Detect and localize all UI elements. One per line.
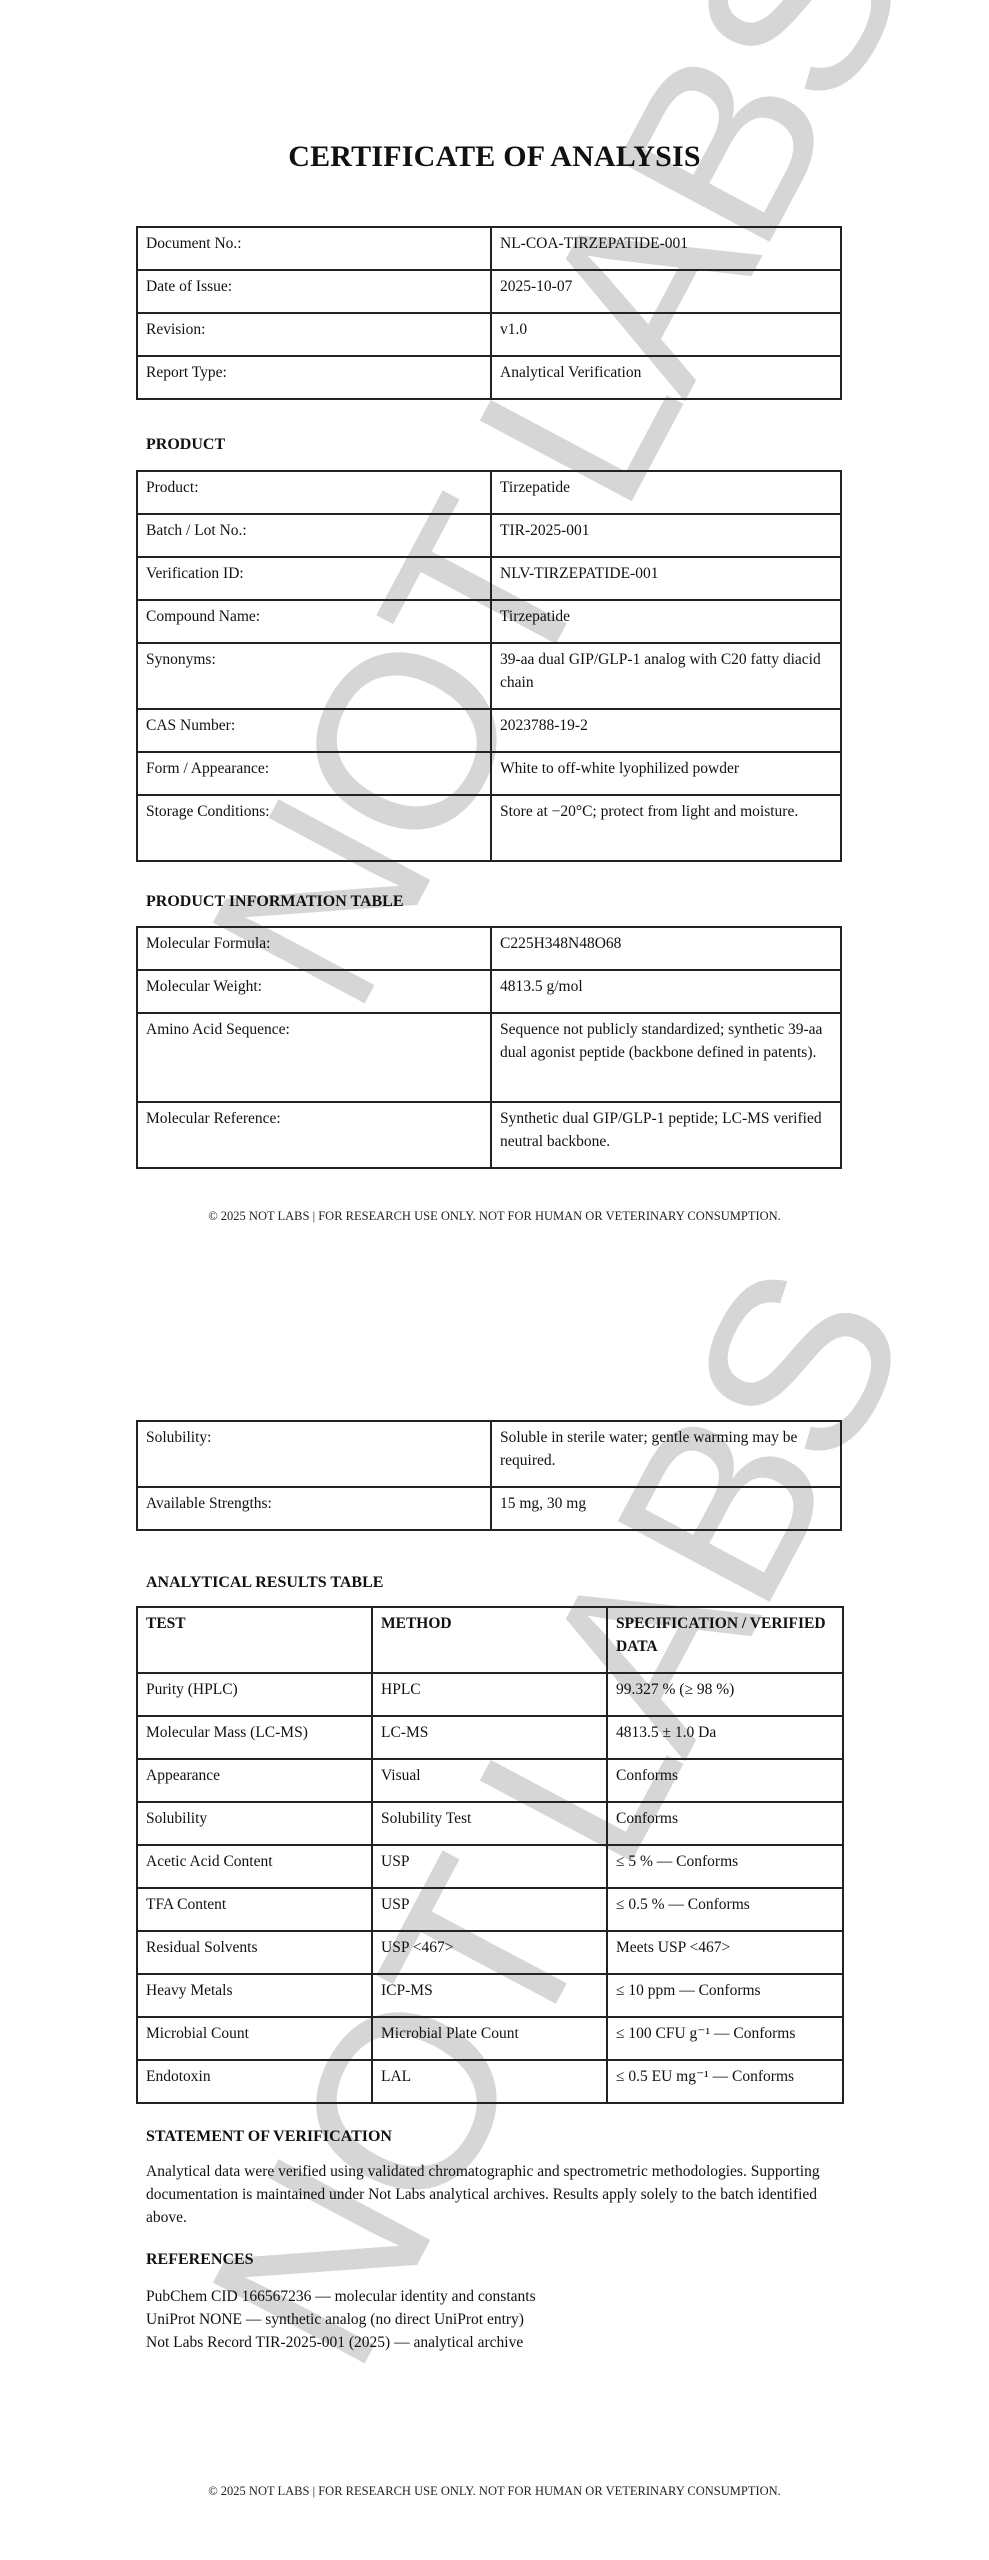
label: Report Type:: [137, 356, 491, 399]
table-row: CAS Number:2023788-19-2: [137, 709, 841, 752]
label: Solubility:: [137, 1421, 491, 1487]
table-row: Form / Appearance:White to off-white lyo…: [137, 752, 841, 795]
table-row: Batch / Lot No.:TIR-2025-001: [137, 514, 841, 557]
specification: 4813.5 ± 1.0 Da: [607, 1716, 843, 1759]
footer-page-2: © 2025 NOT LABS | FOR RESEARCH USE ONLY.…: [0, 2484, 989, 2499]
table-row: Revision:v1.0: [137, 313, 841, 356]
footer-page-1: © 2025 NOT LABS | FOR RESEARCH USE ONLY.…: [0, 1209, 989, 1224]
table-row: Molecular Weight:4813.5 g/mol: [137, 970, 841, 1013]
statement-heading: STATEMENT OF VERIFICATION: [146, 2128, 392, 2146]
label: Verification ID:: [137, 557, 491, 600]
column-header-method: METHOD: [372, 1607, 607, 1673]
table-row: Report Type:Analytical Verification: [137, 356, 841, 399]
specification: Meets USP <467>: [607, 1931, 843, 1974]
method: USP: [372, 1888, 607, 1931]
table-row: Date of Issue:2025-10-07: [137, 270, 841, 313]
table-row: Molecular Mass (LC-MS)LC-MS4813.5 ± 1.0 …: [137, 1716, 843, 1759]
specification: ≤ 10 ppm — Conforms: [607, 1974, 843, 2017]
value: White to off-white lyophilized powder: [491, 752, 841, 795]
table-row: Purity (HPLC)HPLC99.327 % (≥ 98 %): [137, 1673, 843, 1716]
table-row: AppearanceVisualConforms: [137, 1759, 843, 1802]
reference-item: UniProt NONE — synthetic analog (no dire…: [146, 2308, 846, 2331]
table-row: Microbial CountMicrobial Plate Count≤ 10…: [137, 2017, 843, 2060]
table-row: Synonyms:39-aa dual GIP/GLP-1 analog wit…: [137, 643, 841, 709]
label: Batch / Lot No.:: [137, 514, 491, 557]
product-info-heading: PRODUCT INFORMATION TABLE: [146, 893, 404, 911]
references-heading: REFERENCES: [146, 2251, 254, 2269]
document-number: NL-COA-TIRZEPATIDE-001: [491, 227, 841, 270]
product-table: Product:Tirzepatide Batch / Lot No.:TIR-…: [136, 470, 842, 862]
value: Soluble in sterile water; gentle warming…: [491, 1421, 841, 1487]
method: LAL: [372, 2060, 607, 2103]
table-row: SolubilitySolubility TestConforms: [137, 1802, 843, 1845]
table-row: Storage Conditions:Store at −20°C; prote…: [137, 795, 841, 861]
specification: Conforms: [607, 1759, 843, 1802]
document-title: CERTIFICATE OF ANALYSIS: [0, 140, 989, 174]
value: 39-aa dual GIP/GLP-1 analog with C20 fat…: [491, 643, 841, 709]
test-name: Appearance: [137, 1759, 372, 1802]
specification: ≤ 0.5 % — Conforms: [607, 1888, 843, 1931]
label: Synonyms:: [137, 643, 491, 709]
test-name: TFA Content: [137, 1888, 372, 1931]
label: Revision:: [137, 313, 491, 356]
label: Available Strengths:: [137, 1487, 491, 1530]
table-row: Available Strengths:15 mg, 30 mg: [137, 1487, 841, 1530]
value: 15 mg, 30 mg: [491, 1487, 841, 1530]
table-row: Compound Name:Tirzepatide: [137, 600, 841, 643]
label: Molecular Weight:: [137, 970, 491, 1013]
method: Microbial Plate Count: [372, 2017, 607, 2060]
label: Document No.:: [137, 227, 491, 270]
revision: v1.0: [491, 313, 841, 356]
label: Storage Conditions:: [137, 795, 491, 861]
label: Molecular Formula:: [137, 927, 491, 970]
column-header-specification: SPECIFICATION / VERIFIED DATA: [607, 1607, 843, 1673]
method: ICP-MS: [372, 1974, 607, 2017]
product-info-table-continued: Solubility:Soluble in sterile water; gen…: [136, 1420, 842, 1531]
table-row: Acetic Acid ContentUSP≤ 5 % — Conforms: [137, 1845, 843, 1888]
column-header-test: TEST: [137, 1607, 372, 1673]
value: Store at −20°C; protect from light and m…: [491, 795, 841, 861]
value: Sequence not publicly standardized; synt…: [491, 1013, 841, 1102]
test-name: Microbial Count: [137, 2017, 372, 2060]
label: Compound Name:: [137, 600, 491, 643]
test-name: Purity (HPLC): [137, 1673, 372, 1716]
product-heading: PRODUCT: [146, 436, 225, 454]
value: 4813.5 g/mol: [491, 970, 841, 1013]
method: Solubility Test: [372, 1802, 607, 1845]
table-header-row: TEST METHOD SPECIFICATION / VERIFIED DAT…: [137, 1607, 843, 1673]
label: Date of Issue:: [137, 270, 491, 313]
table-row: Molecular Formula:C225H348N48O68: [137, 927, 841, 970]
test-name: Molecular Mass (LC-MS): [137, 1716, 372, 1759]
analytical-results-table: TEST METHOD SPECIFICATION / VERIFIED DAT…: [136, 1606, 844, 2104]
value: Synthetic dual GIP/GLP-1 peptide; LC-MS …: [491, 1102, 841, 1168]
label: Molecular Reference:: [137, 1102, 491, 1168]
reference-item: Not Labs Record TIR-2025-001 (2025) — an…: [146, 2331, 846, 2354]
specification: 99.327 % (≥ 98 %): [607, 1673, 843, 1716]
table-row: Molecular Reference:Synthetic dual GIP/G…: [137, 1102, 841, 1168]
method: HPLC: [372, 1673, 607, 1716]
table-row: TFA ContentUSP≤ 0.5 % — Conforms: [137, 1888, 843, 1931]
analytical-heading: ANALYTICAL RESULTS TABLE: [146, 1574, 383, 1592]
value: Tirzepatide: [491, 600, 841, 643]
product-info-table: Molecular Formula:C225H348N48O68 Molecul…: [136, 926, 842, 1169]
value: Tirzepatide: [491, 471, 841, 514]
table-row: Amino Acid Sequence:Sequence not publicl…: [137, 1013, 841, 1102]
specification: Conforms: [607, 1802, 843, 1845]
test-name: Endotoxin: [137, 2060, 372, 2103]
references-list: PubChem CID 166567236 — molecular identi…: [146, 2285, 846, 2354]
table-row: Document No.:NL-COA-TIRZEPATIDE-001: [137, 227, 841, 270]
specification: ≤ 100 CFU g⁻¹ — Conforms: [607, 2017, 843, 2060]
report-type: Analytical Verification: [491, 356, 841, 399]
method: USP: [372, 1845, 607, 1888]
test-name: Solubility: [137, 1802, 372, 1845]
method: USP <467>: [372, 1931, 607, 1974]
label: Form / Appearance:: [137, 752, 491, 795]
reference-item: PubChem CID 166567236 — molecular identi…: [146, 2285, 846, 2308]
test-name: Residual Solvents: [137, 1931, 372, 1974]
table-row: Residual SolventsUSP <467>Meets USP <467…: [137, 1931, 843, 1974]
specification: ≤ 5 % — Conforms: [607, 1845, 843, 1888]
value: 2023788-19-2: [491, 709, 841, 752]
statement-text: Analytical data were verified using vali…: [146, 2160, 846, 2229]
table-row: Verification ID:NLV-TIRZEPATIDE-001: [137, 557, 841, 600]
date-of-issue: 2025-10-07: [491, 270, 841, 313]
test-name: Heavy Metals: [137, 1974, 372, 2017]
header-table: Document No.:NL-COA-TIRZEPATIDE-001 Date…: [136, 226, 842, 400]
value: TIR-2025-001: [491, 514, 841, 557]
table-row: Heavy MetalsICP-MS≤ 10 ppm — Conforms: [137, 1974, 843, 2017]
table-row: EndotoxinLAL≤ 0.5 EU mg⁻¹ — Conforms: [137, 2060, 843, 2103]
label: CAS Number:: [137, 709, 491, 752]
test-name: Acetic Acid Content: [137, 1845, 372, 1888]
label: Amino Acid Sequence:: [137, 1013, 491, 1102]
value: C225H348N48O68: [491, 927, 841, 970]
method: Visual: [372, 1759, 607, 1802]
table-row: Solubility:Soluble in sterile water; gen…: [137, 1421, 841, 1487]
label: Product:: [137, 471, 491, 514]
method: LC-MS: [372, 1716, 607, 1759]
table-row: Product:Tirzepatide: [137, 471, 841, 514]
value: NLV-TIRZEPATIDE-001: [491, 557, 841, 600]
specification: ≤ 0.5 EU mg⁻¹ — Conforms: [607, 2060, 843, 2103]
